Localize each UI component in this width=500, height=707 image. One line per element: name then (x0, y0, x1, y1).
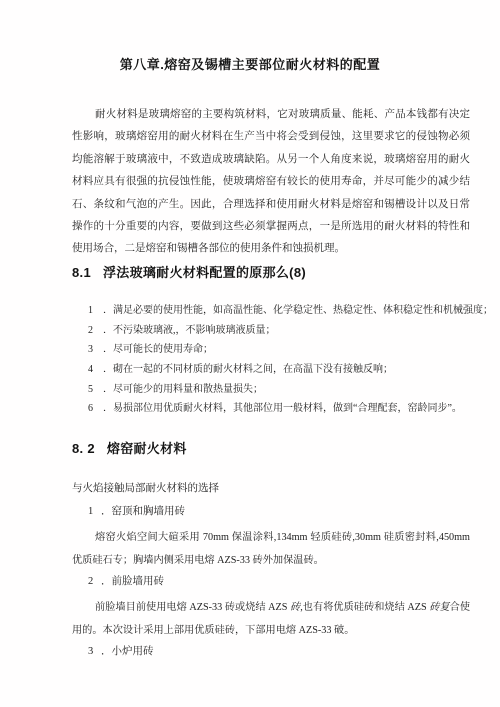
list-item: 6 ．易损部位用优质耐火材料，其他部位用一般材料，做到“合理配套，窑龄同步”。 (72, 399, 470, 419)
section-8-2-heading: 8. 2 熔窑耐火材料 (72, 441, 470, 457)
document-page: 第八章.熔窑及锡槽主要部位耐火材料的配置 耐火材料是玻璃熔窑的主要构筑材料，它对… (0, 0, 500, 707)
list-item-number: 4 (88, 360, 103, 380)
sub-item-number: 3 (88, 644, 101, 660)
sub-item-text: ．窑顶和胸墙用砖 (101, 504, 185, 520)
intro-paragraph: 耐火材料是玻璃熔窑的主要构筑材料，它对玻璃质量、能耗、产品本钱都有决定性影响，玻… (72, 104, 470, 261)
principles-list: 1 ．满足必要的使用性能，如高温性能、化学稳定性、热稳定性、体积稳定性和机械强度… (72, 301, 470, 419)
list-item-text: ．砌在一起的不同材质的耐火材料之间，在高温下没有接触反响； (103, 360, 393, 380)
sub-item-text: ．前脸墙用砖 (101, 574, 164, 590)
list-item-text: ．满足必要的使用性能，如高温性能、化学稳定性、热稳定性、体积稳定性和机械强度； (103, 301, 493, 321)
list-item-text: ．尽可能少的用料量和散热量损失； (103, 380, 263, 400)
list-item-text: ．不污染玻璃液,，不影响玻璃液质量； (103, 321, 276, 341)
list-item-number: 2 (88, 321, 103, 341)
list-item-number: 6 (88, 399, 103, 419)
roof-breast-wall-paragraph: 熔窑火焰空间大碹采用 70mm 保温涂料,134mm 轻质硅砖,30mm 硅质密… (72, 527, 470, 572)
list-item-number: 5 (88, 380, 103, 400)
list-item: 4 ．砌在一起的不同材质的耐火材料之间，在高温下没有接触反响； (72, 360, 470, 380)
front-wall-paragraph: 前脸墙目前使用电熔 AZS-33 砖或烧结 AZS 砖,也有将优质硅砖和烧结 A… (72, 597, 470, 642)
sub-item-port-bricks: 3 ．小炉用砖 (72, 644, 470, 660)
sub-item-front-wall: 2 ．前脸墙用砖 (72, 574, 470, 590)
section-8-1-heading: 8.1 浮法玻璃耐火材料配置的原那么(8) (72, 265, 470, 281)
sub-item-number: 2 (88, 574, 101, 590)
sub-item-number: 1 (88, 504, 101, 520)
list-item: 2 ．不污染玻璃液,，不影响玻璃液质量； (72, 321, 470, 341)
section-8-2-number: 8. 2 (72, 441, 95, 457)
page-title: 第八章.熔窑及锡槽主要部位耐火材料的配置 (0, 56, 500, 74)
list-item-text: ．尽可能长的使用寿命； (103, 340, 213, 360)
list-item: 5 ．尽可能少的用料量和散热量损失； (72, 380, 470, 400)
sub-item-text: ．小炉用砖 (101, 644, 154, 660)
section-8-2-lead: 与火焰接触局部耐火材料的选择 (72, 481, 470, 497)
section-8-1-number: 8.1 (72, 265, 91, 281)
section-8-1-title: 浮法玻璃耐火材料配置的原那么(8) (103, 265, 306, 281)
section-8-2-title: 熔窑耐火材料 (107, 441, 187, 457)
list-item: 3 ．尽可能长的使用寿命； (72, 340, 470, 360)
list-item-number: 1 (88, 301, 103, 321)
sub-item-roof-breast-wall: 1 ．窑顶和胸墙用砖 (72, 504, 470, 520)
list-item-number: 3 (88, 340, 103, 360)
list-item: 1 ．满足必要的使用性能，如高温性能、化学稳定性、热稳定性、体积稳定性和机械强度… (72, 301, 470, 321)
list-item-text: ．易损部位用优质耐火材料，其他部位用一般材料，做到“合理配套，窑龄同步”。 (103, 399, 462, 419)
